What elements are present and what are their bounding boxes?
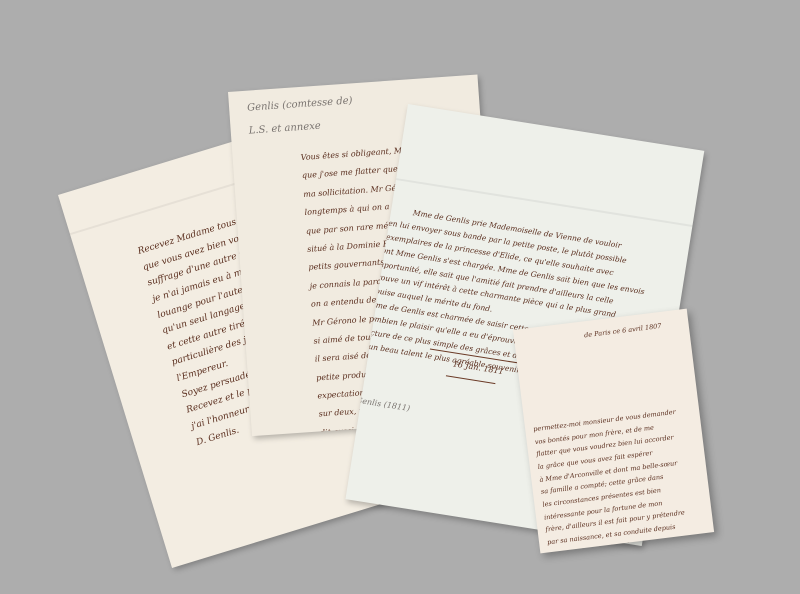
letter-small: de Paris ce 6 avril 1807 permettez-moi m…: [513, 309, 714, 554]
letter-small-header: de Paris ce 6 avril 1807: [583, 320, 662, 341]
pencil-note: Genlis (1811): [355, 396, 410, 413]
date-heading: de Paris ce 6 avril 1807: [584, 322, 662, 339]
pencil-note: Genlis (comtesse de): [247, 95, 353, 113]
pencil-note: L.S. et annexe: [248, 118, 354, 136]
letter-small-text: permettez-moi monsieur de vous demander …: [533, 406, 696, 553]
pencil-archive-note: Genlis (1811): [355, 396, 410, 413]
pencil-header: Genlis (comtesse de) L.S. et annexe: [247, 95, 355, 136]
